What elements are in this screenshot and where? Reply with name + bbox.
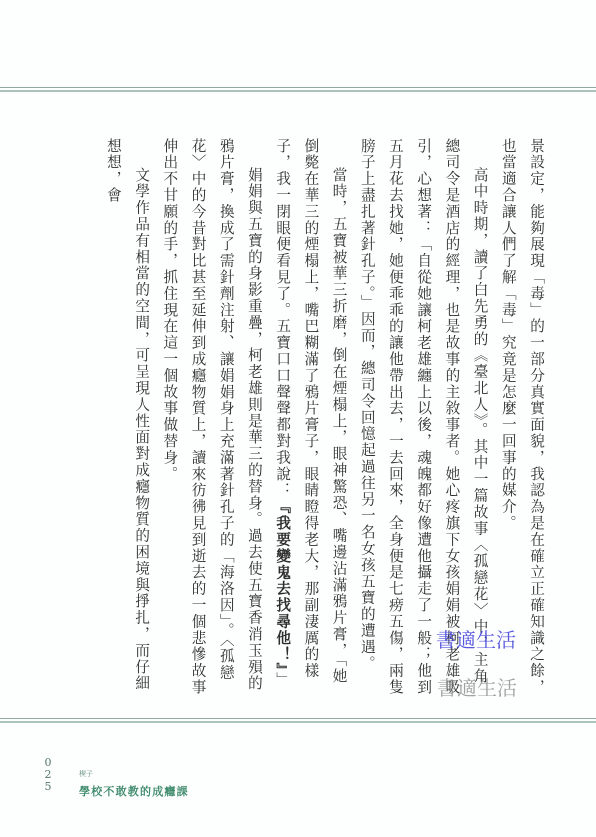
- paragraph: 娟娟與五寶的身影重疊，柯老雄則是華三的替身。過去使五寶香消玉殞的鴉片膏，換成了需…: [155, 138, 268, 698]
- header-rule-line: [0, 90, 596, 92]
- paragraph: 高中時期，讀了白先勇的《臺北人》。其中一篇故事〈孤戀花〉中，主角總司令是酒店的經…: [353, 138, 494, 698]
- body-text: 景設定，能夠展現「毒」的一部分真實面貌，我認為是在確立正確知識之餘，也當適合讓人…: [62, 138, 550, 698]
- page-number: 0 2 5: [43, 757, 53, 793]
- page-number-digit: 5: [43, 781, 53, 793]
- emphasized-quote: 『我要變鬼去找尋他！』: [274, 499, 291, 672]
- paragraph: 當時，五寶被華三折磨，倒在煙榻上，眼神驚恐、嘴邊沾滿鴉片膏，「她倒斃在華三的煙榻…: [268, 138, 353, 698]
- chapter-label: 楔子: [79, 769, 93, 779]
- header-rule: [0, 87, 596, 92]
- book-title: 學校不敢教的成癮課: [79, 783, 189, 799]
- paragraph-text: 」: [274, 672, 291, 688]
- paragraph: 景設定，能夠展現「毒」的一部分真實面貌，我認為是在確立正確知識之餘，也當適合讓人…: [494, 138, 550, 698]
- footer-rule-line: [0, 718, 596, 719]
- footer-rule: [0, 718, 596, 723]
- watermark: 書適生活: [436, 624, 516, 653]
- footer-rule-line: [0, 721, 596, 723]
- watermark: 書適生活: [437, 672, 517, 701]
- header-rule-line: [0, 87, 596, 88]
- paragraph: 文學作品有相當的空間，可呈現人性面對成癮物質的困境與掙扎，而仔細想想，會: [99, 138, 155, 698]
